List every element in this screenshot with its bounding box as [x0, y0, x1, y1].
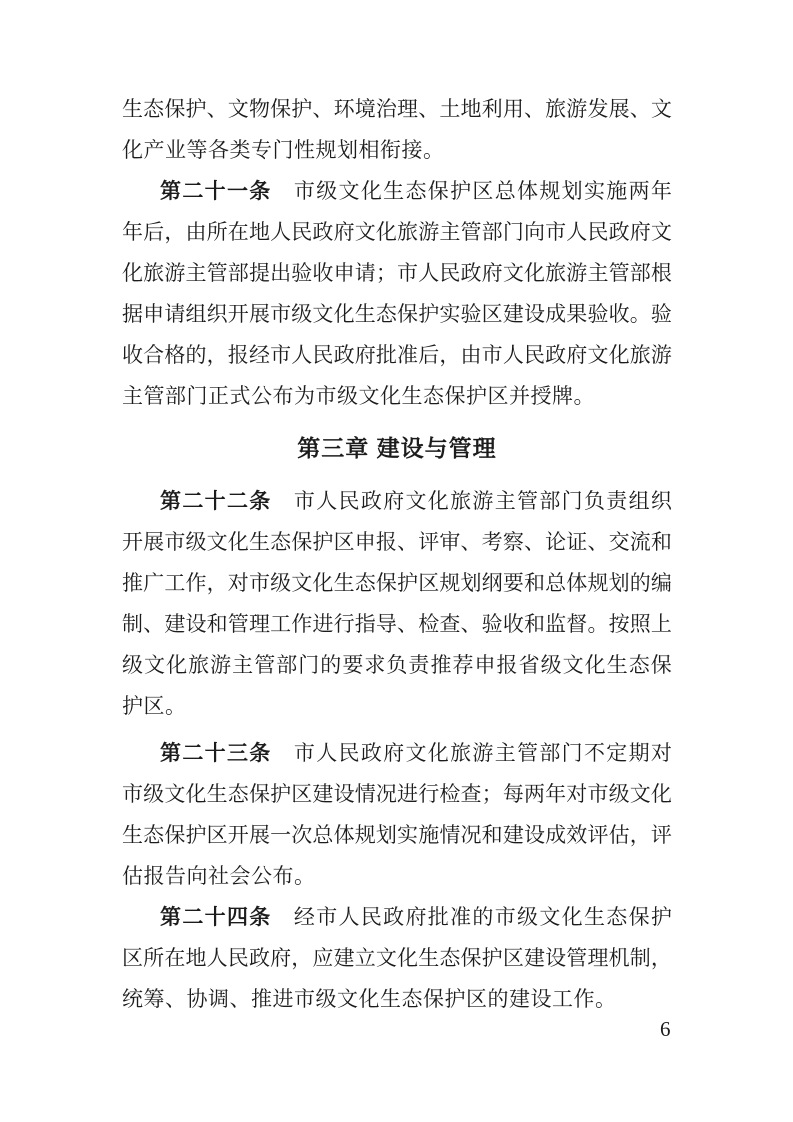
- paragraph: 第二十二条市人民政府文化旅游主管部门负责组织开展市级文化生态保护区申报、评审、考…: [122, 481, 672, 727]
- paragraph: 第二十四条经市人民政府批准的市级文化生态保护区所在地人民政府，应建立文化生态保护…: [122, 897, 672, 1020]
- text-line: 推广工作，对市级文化生态保护区规划纲要和总体规划的编: [122, 563, 672, 604]
- text-line: 第二十二条市人民政府文化旅游主管部门负责组织: [122, 481, 672, 522]
- document-content: 生态保护、文物保护、环境治理、土地利用、旅游发展、文化产业等各类专门性规划相衔接…: [122, 89, 672, 1020]
- text-line: 开展市级文化生态保护区申报、评审、考察、论证、交流和: [122, 522, 672, 563]
- text-line: 收合格的，报经市人民政府批准后，由市人民政府文化旅游: [122, 335, 672, 376]
- text-line: 市级文化生态保护区建设情况进行检查；每两年对市级文化: [122, 774, 672, 815]
- text-line: 护区。: [122, 686, 672, 727]
- text-line: 化产业等各类专门性规划相衔接。: [122, 130, 672, 171]
- text-line: 估报告向社会公布。: [122, 856, 672, 897]
- text-line: 第二十三条市人民政府文化旅游主管部门不定期对: [122, 733, 672, 774]
- text-line: 据申请组织开展市级文化生态保护实验区建设成果验收。验: [122, 294, 672, 335]
- text-line: 第二十四条经市人民政府批准的市级文化生态保护: [122, 897, 672, 938]
- text-line: 制、建设和管理工作进行指导、检查、验收和监督。按照上: [122, 604, 672, 645]
- text-line: 主管部门正式公布为市级文化生态保护区并授牌。: [122, 376, 672, 417]
- text-line: 第二十一条市级文化生态保护区总体规划实施两年: [122, 171, 672, 212]
- text-line: 生态保护区开展一次总体规划实施情况和建设成效评估，评: [122, 815, 672, 856]
- page-number: 6: [660, 1014, 671, 1044]
- text-line: 级文化旅游主管部门的要求负责推荐申报省级文化生态保: [122, 645, 672, 686]
- text-line: 年后，由所在地人民政府文化旅游主管部门向市人民政府文: [122, 212, 672, 253]
- document-page: 生态保护、文物保护、环境治理、土地利用、旅游发展、文化产业等各类专门性规划相衔接…: [0, 0, 793, 1122]
- paragraph: 生态保护、文物保护、环境治理、土地利用、旅游发展、文化产业等各类专门性规划相衔接…: [122, 89, 672, 171]
- text-line: 区所在地人民政府，应建立文化生态保护区建设管理机制，: [122, 938, 672, 979]
- text-line: 化旅游主管部提出验收申请；市人民政府文化旅游主管部根: [122, 253, 672, 294]
- text-line: 统筹、协调、推进市级文化生态保护区的建设工作。: [122, 979, 672, 1020]
- paragraph: 第二十三条市人民政府文化旅游主管部门不定期对市级文化生态保护区建设情况进行检查；…: [122, 733, 672, 897]
- text-line: 生态保护、文物保护、环境治理、土地利用、旅游发展、文: [122, 89, 672, 130]
- paragraph: 第二十一条市级文化生态保护区总体规划实施两年年后，由所在地人民政府文化旅游主管部…: [122, 171, 672, 417]
- chapter-heading: 第三章 建设与管理: [122, 425, 672, 471]
